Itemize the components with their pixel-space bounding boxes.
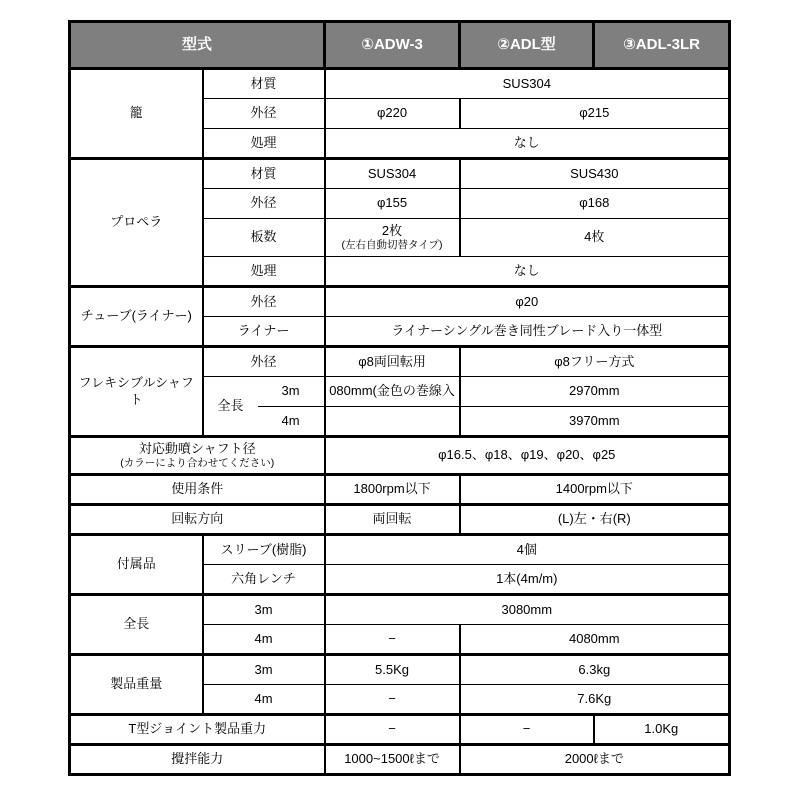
row-sub-label: 3m — [258, 377, 325, 407]
cell-value: 4個 — [325, 535, 730, 565]
row-sub-label: スリーブ(樹脂) — [203, 535, 325, 565]
cell-value: ライナーシングル巻き同性ブレード入り一体型 — [325, 317, 730, 347]
table-row: 対応動噴シャフト径 (カラーにより合わせてください) φ16.5、φ18、φ19… — [70, 437, 730, 475]
cell-value: 2000ℓまで — [460, 745, 730, 775]
row-sub-label: 4m — [258, 407, 325, 437]
row-sub-label: 4m — [203, 685, 325, 715]
cell-empty — [325, 407, 460, 437]
cell-value: なし — [325, 129, 730, 159]
table-row: 籠 材質 SUS304 — [70, 69, 730, 99]
spec-table: 型式 ①ADW-3 ②ADL型 ③ADL-3LR 籠 材質 SUS304 外径 … — [68, 20, 731, 776]
table-row: 全長 3m 3080mm — [70, 595, 730, 625]
cell-value: 6.3kg — [460, 655, 730, 685]
cell-value: 両回転 — [325, 505, 460, 535]
row-sub-label: 処理 — [203, 257, 325, 287]
row-group-label: フレキシブルシャフト — [70, 347, 203, 437]
row-sub-label: 材質 — [203, 69, 325, 99]
row-sub-label: 外径 — [203, 287, 325, 317]
cell-value: SUS430 — [460, 159, 730, 189]
cell-value: φ8両回転用 — [325, 347, 460, 377]
cell-value: 3080mm — [325, 595, 730, 625]
cell-value: なし — [325, 257, 730, 287]
row-sub-group-label: 全長 — [203, 377, 258, 437]
cell-value: φ155 — [325, 189, 460, 219]
cell-value: SUS304 — [325, 69, 730, 99]
table-body: 籠 材質 SUS304 外径 φ220 φ215 処理 なし プロペラ 材質 S… — [70, 69, 730, 775]
row-group-label-line1: 対応動噴シャフト径 — [73, 441, 322, 457]
row-group-label: チューブ(ライナー) — [70, 287, 203, 347]
cell-value: φ16.5、φ18、φ19、φ20、φ25 — [325, 437, 730, 475]
cell-value: − — [325, 715, 460, 745]
cell-value: 080mm(金色の巻線入 — [325, 377, 460, 407]
cell-value: 2枚 (左右自動切替タイプ) — [325, 219, 460, 257]
cell-value: 1400rpm以下 — [460, 475, 730, 505]
cell-value: 1.0Kg — [594, 715, 730, 745]
cell-value-line2: (左右自動切替タイプ) — [328, 239, 457, 252]
cell-value: 3970mm — [460, 407, 730, 437]
cell-value: φ20 — [325, 287, 730, 317]
row-group-label: 使用条件 — [70, 475, 325, 505]
row-sub-label: 材質 — [203, 159, 325, 189]
cell-value: 1000~1500ℓまで — [325, 745, 460, 775]
cell-value: − — [460, 715, 594, 745]
cell-value: φ168 — [460, 189, 730, 219]
cell-value: 1800rpm以下 — [325, 475, 460, 505]
table-header: 型式 ①ADW-3 ②ADL型 ③ADL-3LR — [70, 22, 730, 69]
row-group-label-note: (カラーにより合わせてください) — [73, 457, 322, 470]
cell-value: 5.5Kg — [325, 655, 460, 685]
cell-value: 1本(4m/m) — [325, 565, 730, 595]
row-group-label: 回転方向 — [70, 505, 325, 535]
row-sub-label: 3m — [203, 595, 325, 625]
row-group-label: 攪拌能力 — [70, 745, 325, 775]
cell-value: (L)左・右(R) — [460, 505, 730, 535]
cell-value: − — [325, 625, 460, 655]
row-group-label: 全長 — [70, 595, 203, 655]
row-group-label: 籠 — [70, 69, 203, 159]
cell-value: 4枚 — [460, 219, 730, 257]
table-row: 回転方向 両回転 (L)左・右(R) — [70, 505, 730, 535]
table-row: プロペラ 材質 SUS304 SUS430 — [70, 159, 730, 189]
row-group-label: 対応動噴シャフト径 (カラーにより合わせてください) — [70, 437, 325, 475]
row-group-label: T型ジョイント製品重力 — [70, 715, 325, 745]
table-row: チューブ(ライナー) 外径 φ20 — [70, 287, 730, 317]
table-row: 攪拌能力 1000~1500ℓまで 2000ℓまで — [70, 745, 730, 775]
cell-value: φ215 — [460, 99, 730, 129]
row-group-label: 付属品 — [70, 535, 203, 595]
row-sub-label: 外径 — [203, 189, 325, 219]
row-group-label: プロペラ — [70, 159, 203, 287]
row-sub-label: 処理 — [203, 129, 325, 159]
table-row: フレキシブルシャフト 外径 φ8両回転用 φ8フリー方式 — [70, 347, 730, 377]
row-sub-label: 3m — [203, 655, 325, 685]
table-row: 使用条件 1800rpm以下 1400rpm以下 — [70, 475, 730, 505]
header-model: 型式 — [70, 22, 325, 69]
cell-value: 7.6Kg — [460, 685, 730, 715]
row-sub-label: 外径 — [203, 347, 325, 377]
table-row: T型ジョイント製品重力 − − 1.0Kg — [70, 715, 730, 745]
table-row: 付属品 スリーブ(樹脂) 4個 — [70, 535, 730, 565]
header-col-adl3lr: ③ADL-3LR — [594, 22, 730, 69]
header-row: 型式 ①ADW-3 ②ADL型 ③ADL-3LR — [70, 22, 730, 69]
table-row: 製品重量 3m 5.5Kg 6.3kg — [70, 655, 730, 685]
cell-value: − — [325, 685, 460, 715]
cell-value: 4080mm — [460, 625, 730, 655]
cell-value: 2970mm — [460, 377, 730, 407]
header-col-adl: ②ADL型 — [460, 22, 594, 69]
row-sub-label: ライナー — [203, 317, 325, 347]
row-sub-label: 4m — [203, 625, 325, 655]
row-sub-label: 外径 — [203, 99, 325, 129]
cell-value: φ220 — [325, 99, 460, 129]
cell-value-line1: 2枚 — [328, 223, 457, 239]
cell-value: φ8フリー方式 — [460, 347, 730, 377]
row-sub-label: 板数 — [203, 219, 325, 257]
header-col-adw3: ①ADW-3 — [325, 22, 460, 69]
row-group-label: 製品重量 — [70, 655, 203, 715]
cell-value: SUS304 — [325, 159, 460, 189]
row-sub-label: 六角レンチ — [203, 565, 325, 595]
